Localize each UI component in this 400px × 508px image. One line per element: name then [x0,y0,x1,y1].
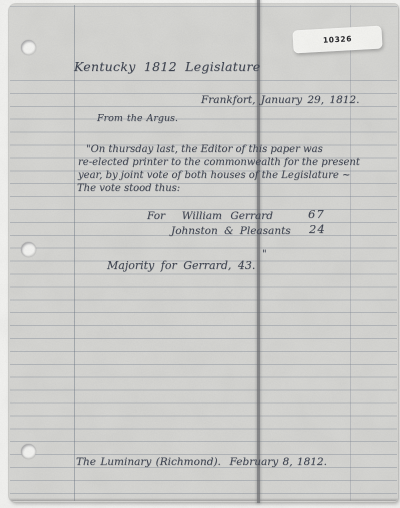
tally-row-1-votes: 67 [308,208,325,221]
body-line-3: year, by joint vote of both houses of th… [78,169,350,182]
body-line-1: "On thursday last, the Editor of this pa… [86,143,323,156]
closing-quote-mark: " [262,248,267,261]
body-line-2: re-elected printer to the commonwealth f… [78,156,360,169]
tally-row-2-votes: 24 [309,223,326,236]
fold-crease-line [257,0,260,503]
top-ruled-line [10,6,397,7]
body-line-4: The vote stood thus: [77,182,180,195]
majority-line: Majority for Gerrard, 43. [107,259,255,272]
tally-row-1-label: For William Gerrard [147,210,273,223]
catalog-number: 10326 [323,34,353,45]
dateline: Frankfort, January 29, 1812. [201,94,359,107]
source-line: From the Argus. [97,112,178,125]
paper-bottom-edge-shadow [10,498,398,501]
document-heading: Kentucky 1812 Legislature [74,60,260,73]
punch-hole-middle [21,242,36,257]
left-margin-line [74,5,75,501]
right-margin-line [350,5,351,501]
punch-hole-bottom [21,444,36,459]
citation-line: The Luminary (Richmond). February 8, 181… [76,456,327,469]
punch-hole-top [21,40,36,55]
tally-row-2-label: Johnston & Pleasants [171,225,291,238]
scanned-notebook-page: 10326 Kentucky 1812 Legislature Frankfor… [0,0,400,508]
